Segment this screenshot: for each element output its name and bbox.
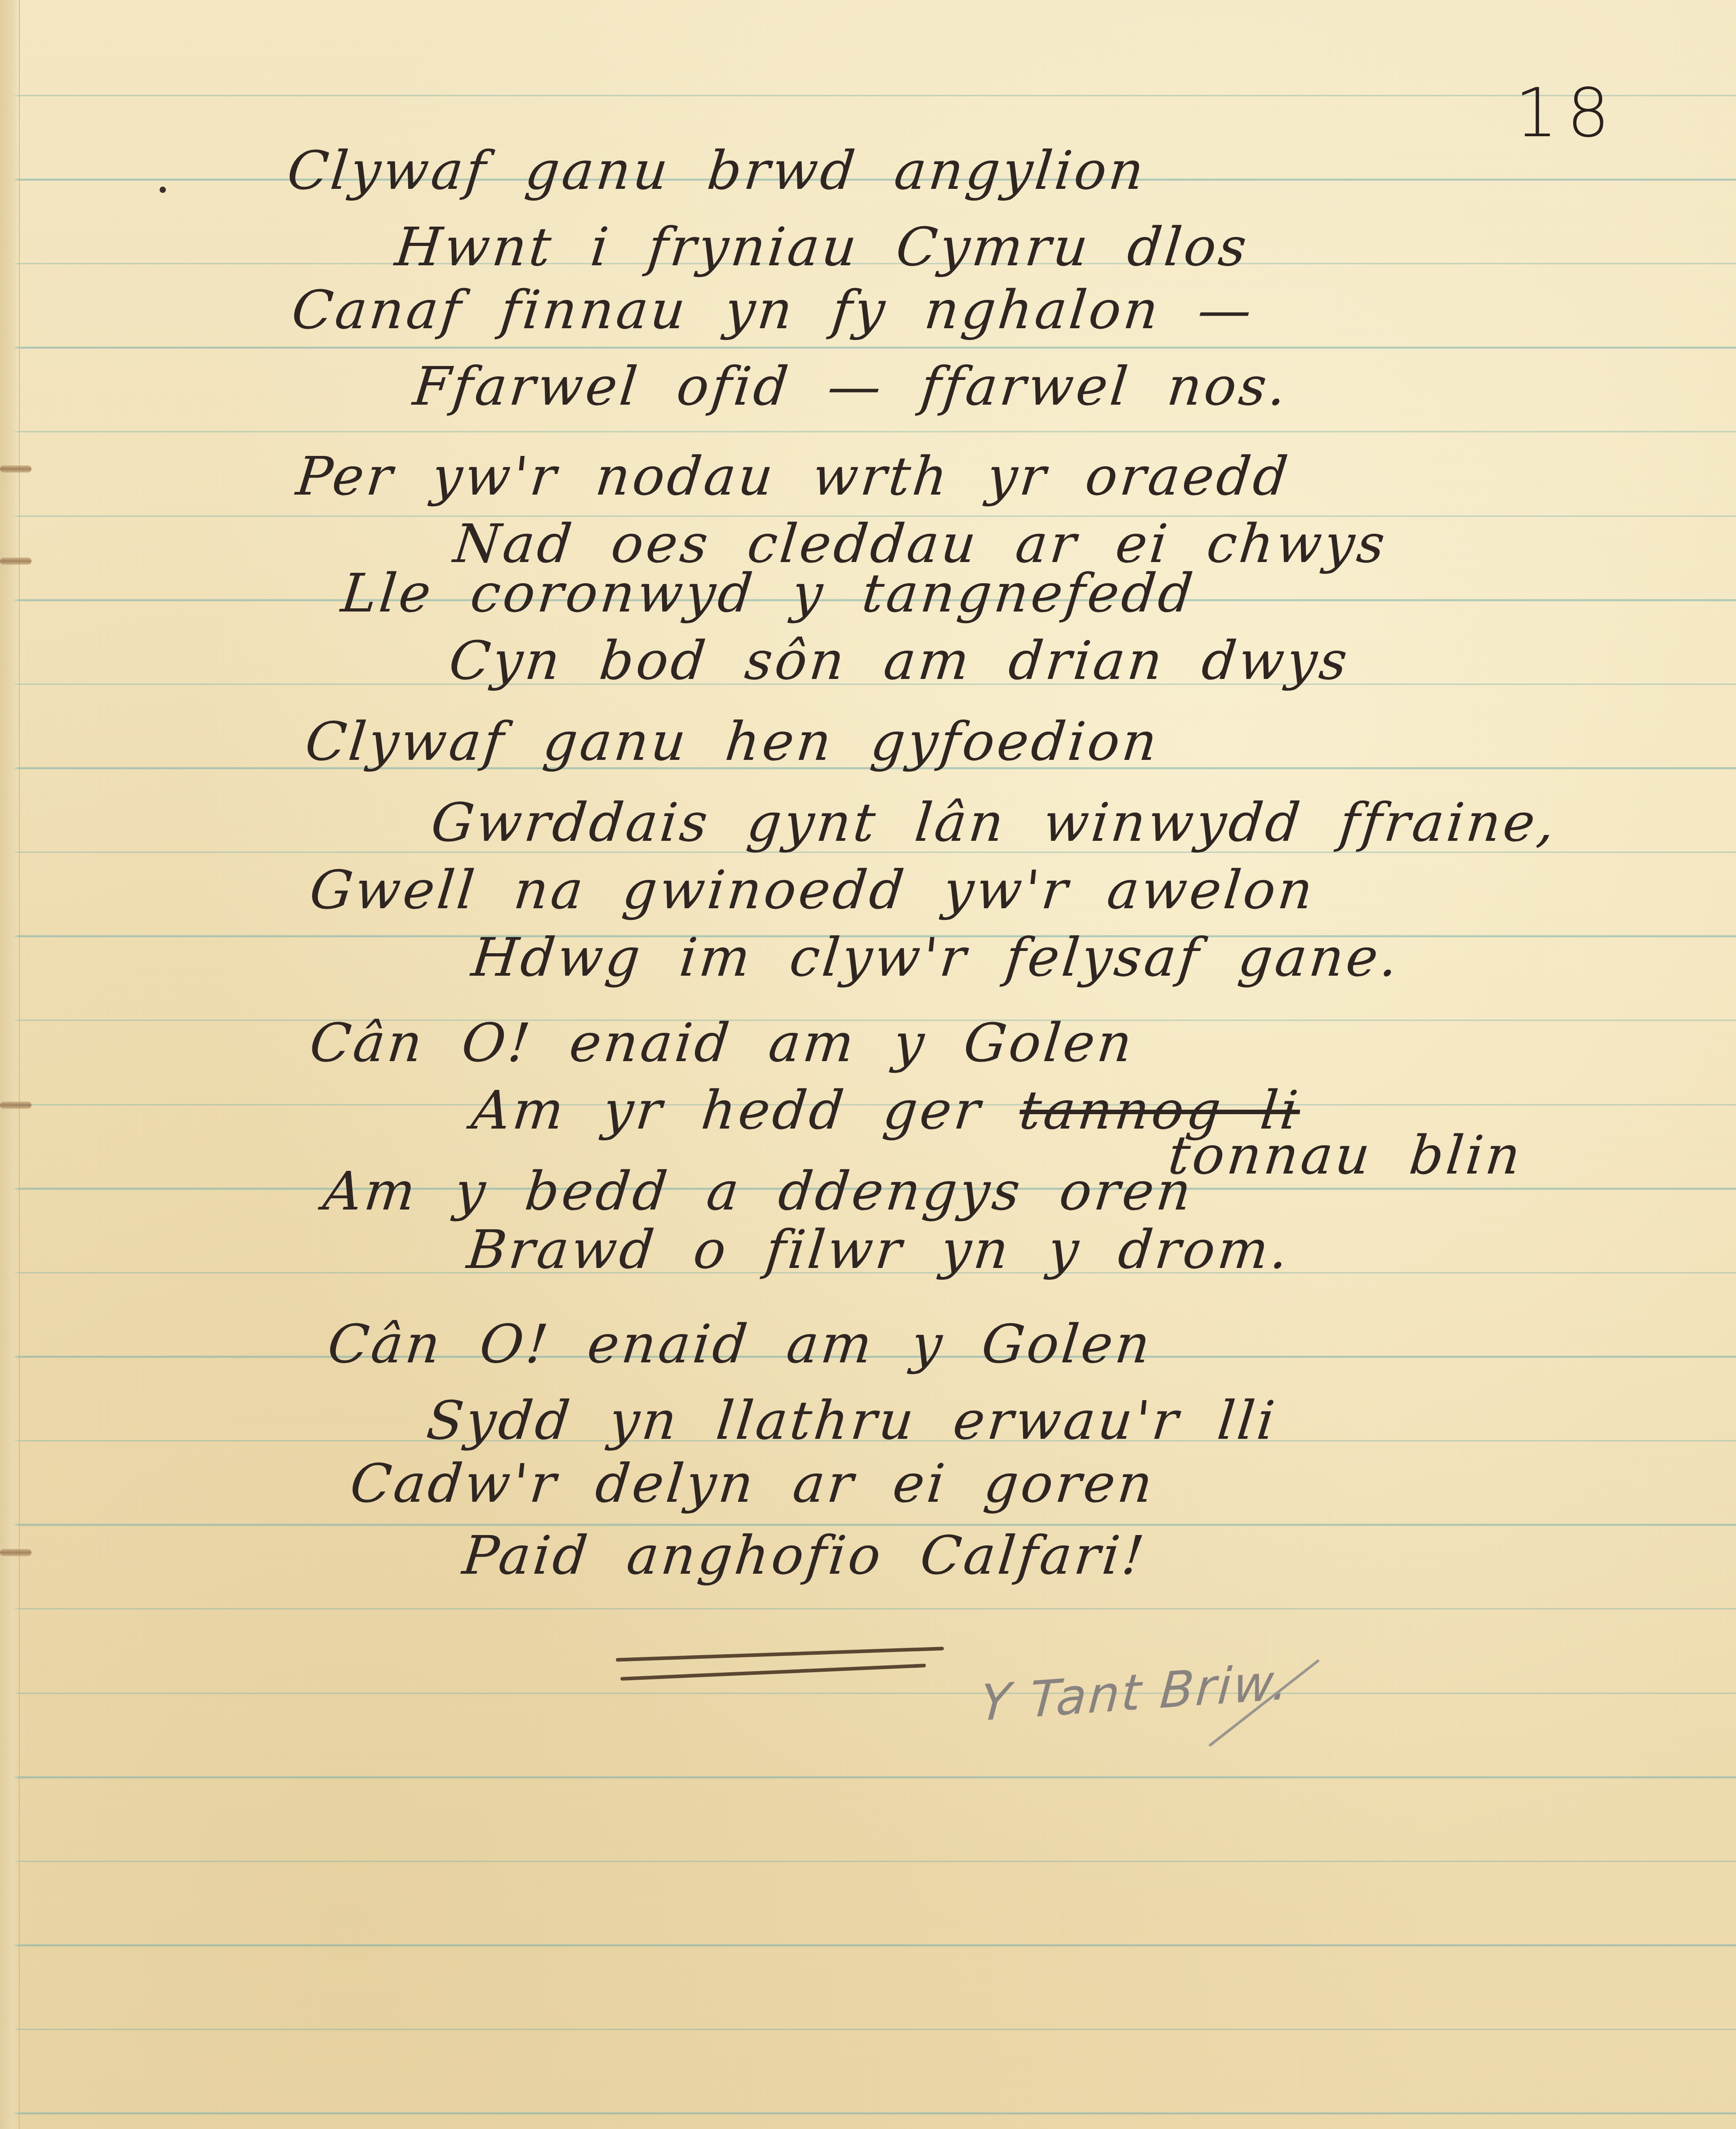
poem-line: Gwrddais gynt lân winwydd ffraine, bbox=[428, 791, 1560, 853]
poem-line: Hdwg im clyw'r felysaf gane. bbox=[469, 926, 1403, 988]
staple-hole bbox=[0, 465, 31, 473]
staple-hole bbox=[0, 1549, 31, 1556]
poem-line: Ffarwel ofid — ffarwel nos. bbox=[410, 355, 1292, 417]
binding-edge bbox=[0, 0, 20, 2129]
poem-line: Sydd yn llathru erwau'r lli bbox=[424, 1389, 1280, 1451]
poem-line: Cân O! enaid am y Golen bbox=[307, 1012, 1138, 1074]
poem-line: Brawd o filwr yn y drom. bbox=[464, 1218, 1294, 1281]
poem-line: Am y bedd a ddengys oren bbox=[320, 1160, 1197, 1222]
poem-line-text: Am yr hedd ger bbox=[469, 1079, 986, 1141]
poem-line: Clywaf ganu hen gyfoedion bbox=[303, 710, 1163, 772]
staple-hole bbox=[0, 1102, 31, 1109]
poem-line: Cadw'r delyn ar ei goren bbox=[347, 1452, 1158, 1514]
correction-text: tonnau blin bbox=[1166, 1124, 1526, 1186]
poem-line: Hwnt i fryniau Cymru dlos bbox=[392, 216, 1252, 278]
poem-line: Gwell na gwinoedd yw'r awelon bbox=[307, 859, 1318, 921]
manuscript-page: 18 Clywaf ganu brwd angylion Hwnt i fryn… bbox=[0, 0, 1736, 2129]
ink-dot bbox=[160, 187, 166, 193]
poem-line: Cân O! enaid am y Golen bbox=[325, 1313, 1156, 1375]
poem-line: Canaf finnau yn fy nghalon — bbox=[289, 279, 1257, 341]
poem-line: Paid anghofio Calfari! bbox=[460, 1524, 1150, 1586]
poem-line: Lle coronwyd y tangnefedd bbox=[338, 562, 1198, 624]
poem-line: Clywaf ganu brwd angylion bbox=[285, 139, 1149, 201]
poem-line: Cyn bod sôn am drian dwys bbox=[446, 629, 1353, 692]
staple-hole bbox=[0, 558, 31, 565]
poem-line: Per yw'r nodau wrth yr oraedd bbox=[294, 445, 1293, 507]
page-number: 18 bbox=[1515, 74, 1619, 152]
